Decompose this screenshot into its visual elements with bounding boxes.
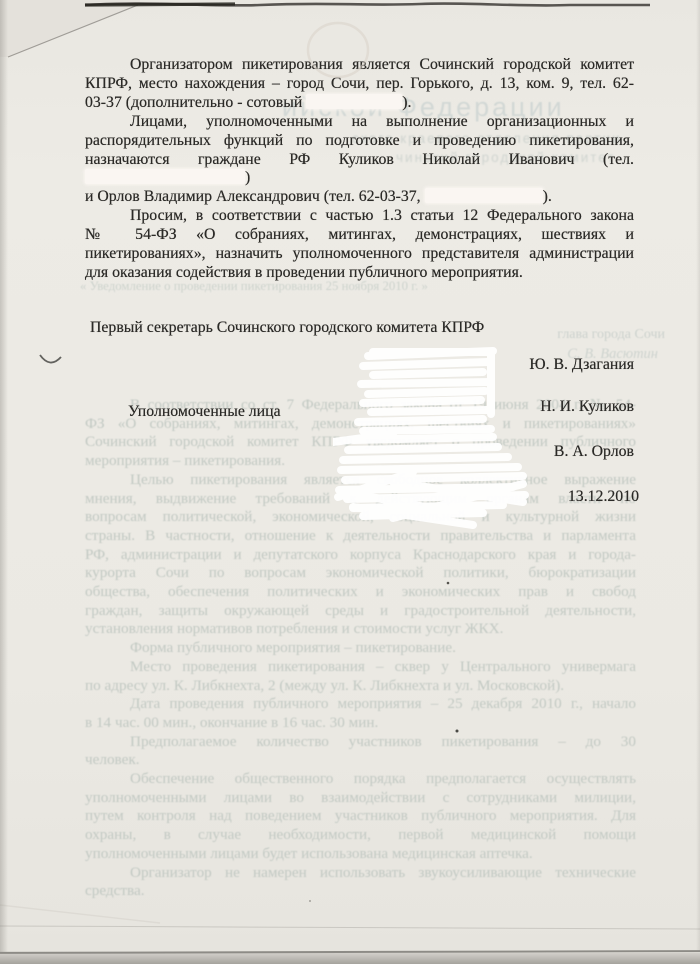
text-line: Просим, в соответствии с частью 1.3 стат…: [85, 207, 634, 226]
text-line: и Орлов Владимир Александрович (тел. 62-…: [85, 188, 634, 207]
text-line: Дата проведения публичного мероприятия –…: [85, 695, 636, 714]
text-line: распорядительных функций по подготовке и…: [85, 132, 634, 151]
line-text: в 14 час. 00 мин., окончание в 16 час. 3…: [85, 714, 378, 731]
text-line: Предполагаемое количество участников пик…: [85, 733, 636, 752]
line-text: Просим, в соответствии с частью 1.3 стат…: [130, 207, 634, 224]
authorized-person-2: В. А. Орлов: [554, 443, 634, 461]
line-text: путем контроля над поведением участников…: [85, 807, 636, 824]
right-scan-edge: [696, 0, 700, 952]
text-line: курорта Сочи по вопросам экономической п…: [85, 564, 636, 583]
signatory-secretary: Ю. В. Дзагания: [529, 356, 634, 374]
text-line: граждан, защиты окружающей среды и градо…: [85, 602, 636, 621]
line-text: назначаются граждане РФ Куликов Николай …: [85, 151, 634, 168]
line-text: для оказания содействия в проведении пуб…: [85, 264, 523, 281]
text-line: охраны, в случае необходимости, первой м…: [85, 826, 636, 845]
line-text: граждан, защиты окружающей среды и градо…: [85, 602, 636, 619]
text-line: средства.: [85, 882, 636, 901]
text-line: № 54-ФЗ «О собраниях, митингах, демонстр…: [85, 226, 634, 245]
line-text: Лицами, уполномоченными на выполнение ор…: [130, 113, 634, 130]
line-text: Место проведения пикетирования – сквер у…: [130, 658, 636, 675]
text-line: назначаются граждане РФ Куликов Николай …: [85, 151, 634, 189]
line-text: уполномоченными лицами будет использован…: [85, 845, 533, 862]
text-line: по адресу ул. К. Либкнехта, 2 (между ул.…: [85, 677, 636, 696]
line-text: Форма публичного мероприятия – пикетиров…: [130, 639, 456, 656]
scan-page: ийской Федерации ского краевого отделени…: [0, 0, 700, 964]
left-scan-edge: [0, 0, 8, 952]
signatory-title: Первый секретарь Сочинского городского к…: [90, 319, 484, 337]
text-line: для оказания содействия в проведении пуб…: [85, 264, 634, 283]
line-text: ).: [543, 188, 552, 205]
line-text: КПРФ, место нахождения – город Сочи, пер…: [85, 75, 634, 92]
text-line: уполномоченными лицами будет использован…: [85, 845, 636, 864]
line-text: мероприятия – пикетирования.: [85, 452, 285, 469]
text-line: Организатор не намерен использовать звук…: [85, 864, 636, 883]
text-line: Организатором пикетирования является Соч…: [85, 56, 634, 75]
redaction-box: [85, 169, 245, 184]
text-line: установления нормативов потребления и ст…: [85, 620, 636, 639]
line-text: Дата проведения публичного мероприятия –…: [130, 695, 636, 712]
bleed-addressee-line: глава города Сочи: [557, 327, 665, 343]
text-line: Форма публичного мероприятия – пикетиров…: [85, 639, 636, 658]
scanner-background-band: [0, 953, 700, 964]
line-text: и Орлов Владимир Александрович (тел. 62-…: [85, 188, 425, 205]
document-date: 13.12.2010: [568, 488, 639, 506]
line-text: охраны, в случае необходимости, первой м…: [85, 826, 636, 843]
line-text: ): [245, 169, 250, 186]
text-line: РФ, администрации и депутатского корпуса…: [85, 546, 636, 565]
line-text: ).: [402, 94, 411, 111]
line-text: человек.: [85, 751, 140, 768]
line-text: Обеспечение общественного порядка предпо…: [130, 770, 636, 787]
line-text: средства.: [85, 882, 145, 899]
line-text: РФ, администрации и депутатского корпуса…: [85, 546, 636, 563]
authorized-persons-label: Уполномоченные лица: [128, 403, 281, 421]
redaction-box: [306, 94, 402, 109]
text-line: Лицами, уполномоченными на выполнение ор…: [85, 113, 634, 132]
document-body: Организатором пикетирования является Соч…: [85, 56, 634, 283]
line-text: распорядительных функций по подготовке и…: [85, 132, 634, 149]
line-text: 03-37 (дополнительно - сотовый: [85, 94, 306, 111]
whiteout-scribble: [333, 342, 538, 532]
text-line: Место проведения пикетирования – сквер у…: [85, 658, 636, 677]
line-text: пикетированиях», назначить уполномоченно…: [85, 245, 634, 262]
line-text: № 54-ФЗ «О собраниях, митингах, демонстр…: [85, 226, 634, 243]
text-line: путем контроля над поведением участников…: [85, 807, 636, 826]
line-text: Организатор не намерен использовать звук…: [130, 864, 636, 881]
line-text: уполномоченными лицами во взаимодействии…: [85, 789, 636, 806]
text-line: Обеспечение общественного порядка предпо…: [85, 770, 636, 789]
redaction-box: [425, 188, 543, 203]
text-line: КПРФ, место нахождения – город Сочи, пер…: [85, 75, 634, 94]
text-line: уполномоченными лицами во взаимодействии…: [85, 789, 636, 808]
line-text: общества, обеспечения политических и эко…: [85, 583, 636, 600]
text-line: общества, обеспечения политических и эко…: [85, 583, 636, 602]
line-text: по адресу ул. К. Либкнехта, 2 (между ул.…: [85, 677, 564, 694]
authorized-person-1: Н. И. Куликов: [540, 398, 634, 416]
text-line: человек.: [85, 751, 636, 770]
text-line: в 14 час. 00 мин., окончание в 16 час. 3…: [85, 714, 636, 733]
line-text: курорта Сочи по вопросам экономической п…: [85, 564, 636, 581]
text-line: пикетированиях», назначить уполномоченно…: [85, 245, 634, 264]
line-text: установления нормативов потребления и ст…: [85, 620, 503, 637]
text-line: 03-37 (дополнительно - сотовый ).: [85, 94, 634, 113]
line-text: Предполагаемое количество участников пик…: [130, 733, 636, 750]
line-text: Организатором пикетирования является Соч…: [130, 56, 634, 73]
